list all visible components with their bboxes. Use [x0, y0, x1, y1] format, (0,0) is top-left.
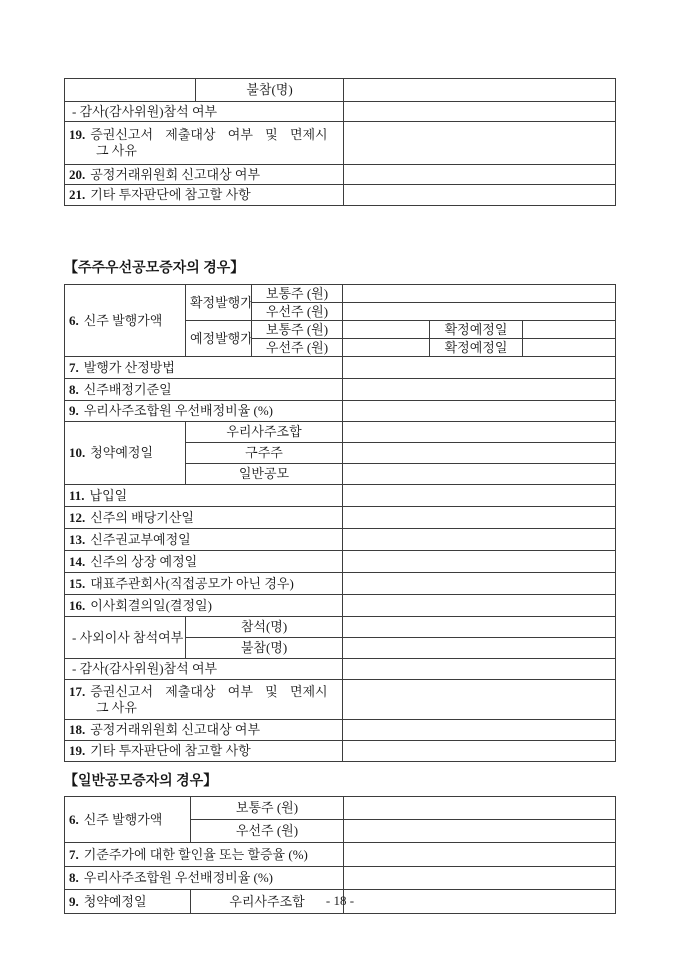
item-text: 청약예정일 — [90, 445, 153, 460]
value-cell — [343, 507, 616, 529]
item-number: 13. — [69, 532, 85, 547]
old-shareholder-label: 구주주 — [186, 443, 343, 464]
item19-label: 19.기타 투자판단에 참고할 사항 — [65, 741, 343, 762]
item13-label: 13.신주권교부예정일 — [65, 529, 343, 551]
table-row: 19.기타 투자판단에 참고할 사항 — [65, 741, 616, 762]
value-cell — [344, 102, 616, 122]
item-number: 15. — [69, 576, 85, 591]
item-text: 납입일 — [90, 488, 128, 503]
item-text: 발행가 산정방법 — [84, 360, 175, 375]
table-row: 21.기타 투자판단에 참고할 사항 — [65, 185, 616, 206]
item15-label: 15.대표주관회사(직접공모가 아닌 경우) — [65, 573, 343, 595]
item-text: 공정거래위원회 신고대상 여부 — [90, 722, 260, 737]
item-number: 16. — [69, 598, 85, 613]
item-text: 공정거래위원회 신고대상 여부 — [90, 167, 260, 182]
item6-label: 6.신주 발행가액 — [65, 797, 191, 843]
value-cell — [343, 285, 616, 303]
item7-label: 7.발행가 산정방법 — [65, 357, 343, 379]
item-text: 기타 투자판단에 참고할 사항 — [90, 187, 250, 202]
item-number: 6. — [69, 812, 79, 827]
item-text: 신주권교부예정일 — [90, 532, 190, 547]
table-row: - 감사(감사위원)참석 여부 — [65, 659, 616, 680]
table-board-resolution-fragment: 불참(명) - 감사(감사위원)참석 여부 19.증권신고서 제출대상 여부 및… — [64, 78, 616, 206]
table-row: 20.공정거래위원회 신고대상 여부 — [65, 165, 616, 185]
table-row: 16.이사회결의일(결정일) — [65, 595, 616, 617]
fixed-issue-price-label: 확정발행가 — [186, 285, 252, 321]
value-cell — [343, 464, 616, 485]
item20-label: 20.공정거래위원회 신고대상 여부 — [65, 165, 344, 185]
value-cell — [344, 79, 616, 102]
page-number: - 18 - — [0, 893, 680, 909]
absent-count-label: 불참(명) — [186, 638, 343, 659]
table-row: 18.공정거래위원회 신고대상 여부 — [65, 720, 616, 741]
auditor-attendance-label: - 감사(감사위원)참석 여부 — [65, 659, 343, 680]
item12-label: 12.신주의 배당기산일 — [65, 507, 343, 529]
value-cell — [344, 867, 616, 890]
value-cell — [343, 617, 616, 638]
table-row: 17.증권신고서 제출대상 여부 및 면제시 그 사유 — [65, 680, 616, 720]
item8-label: 8.우리사주조합원 우선배정비율 (%) — [65, 867, 344, 890]
empty-label-cell — [65, 79, 196, 102]
value-cell — [343, 321, 430, 339]
item16-label: 16.이사회결의일(결정일) — [65, 595, 343, 617]
preferred-stock-label: 우선주 (원) — [252, 303, 343, 321]
item-number: 9. — [69, 403, 79, 418]
item11-label: 11.납입일 — [65, 485, 343, 507]
value-cell — [343, 573, 616, 595]
preferred-stock-label: 우선주 (원) — [252, 339, 343, 357]
table-row: 불참(명) — [65, 79, 616, 102]
value-cell — [343, 379, 616, 401]
item19-label: 19.증권신고서 제출대상 여부 및 면제시 그 사유 — [65, 122, 344, 165]
value-cell — [343, 357, 616, 379]
table-row: 6.신주 발행가액 보통주 (원) — [65, 797, 616, 820]
table-row: 14.신주의 상장 예정일 — [65, 551, 616, 573]
item-number: 12. — [69, 510, 85, 525]
item-number: 11. — [69, 488, 85, 503]
item-text-line2: 그 사유 — [69, 143, 339, 159]
item-number: 10. — [69, 445, 85, 460]
planned-issue-price-label: 예정발행가 — [186, 321, 252, 357]
item9-label: 9.우리사주조합원 우선배정비율 (%) — [65, 401, 343, 422]
value-cell — [343, 422, 616, 443]
general-offer-label: 일반공모 — [186, 464, 343, 485]
value-cell — [343, 659, 616, 680]
item-number: 7. — [69, 847, 79, 862]
item-text: 신주 발행가액 — [84, 812, 163, 827]
item-text: 신주의 상장 예정일 — [90, 554, 197, 569]
value-cell — [343, 485, 616, 507]
value-cell — [344, 797, 616, 820]
table-row: - 사외이사 참석여부 참석(명) — [65, 617, 616, 638]
value-cell — [344, 165, 616, 185]
item-number: 14. — [69, 554, 85, 569]
item-text: 증권신고서 제출대상 여부 및 면제시 — [90, 684, 327, 699]
item18-label: 18.공정거래위원회 신고대상 여부 — [65, 720, 343, 741]
table-shareholder-preferred-offering: 6.신주 발행가액 확정발행가 보통주 (원) 우선주 (원) 예정발행가 보통… — [64, 284, 616, 762]
item-text: 이사회결의일(결정일) — [90, 598, 212, 613]
table-row: - 감사(감사위원)참석 여부 — [65, 102, 616, 122]
esop-label: 우리사주조합 — [186, 422, 343, 443]
item-number: 21. — [69, 187, 85, 202]
item-text: 증권신고서 제출대상 여부 및 면제시 — [90, 127, 327, 142]
item17-label: 17.증권신고서 제출대상 여부 및 면제시 그 사유 — [65, 680, 343, 720]
common-stock-label: 보통주 (원) — [252, 285, 343, 303]
table-row: 12.신주의 배당기산일 — [65, 507, 616, 529]
item-text: 대표주관회사(직접공모가 아닌 경우) — [90, 576, 294, 591]
item10-label: 10.청약예정일 — [65, 422, 186, 485]
item-text: 신주의 배당기산일 — [90, 510, 194, 525]
item-text-line2: 그 사유 — [69, 700, 338, 716]
table-row: 15.대표주관회사(직접공모가 아닌 경우) — [65, 573, 616, 595]
table-row: 13.신주권교부예정일 — [65, 529, 616, 551]
item14-label: 14.신주의 상장 예정일 — [65, 551, 343, 573]
common-stock-label: 보통주 (원) — [252, 321, 343, 339]
value-cell — [343, 339, 430, 357]
value-cell — [344, 122, 616, 165]
item8-label: 8.신주배정기준일 — [65, 379, 343, 401]
item-text: 우리사주조합원 우선배정비율 (%) — [84, 403, 273, 418]
item21-label: 21.기타 투자판단에 참고할 사항 — [65, 185, 344, 206]
attend-count-label: 참석(명) — [186, 617, 343, 638]
table-row: 10.청약예정일 우리사주조합 — [65, 422, 616, 443]
item-text: 신주 발행가액 — [84, 313, 163, 328]
item-number: 8. — [69, 382, 79, 397]
table-row: 7.기준주가에 대한 할인율 또는 할증율 (%) — [65, 843, 616, 867]
confirm-date-label: 확정예정일 — [430, 339, 523, 357]
table-row: 19.증권신고서 제출대상 여부 및 면제시 그 사유 — [65, 122, 616, 165]
table-row: 7.발행가 산정방법 — [65, 357, 616, 379]
item-number: 19. — [69, 743, 85, 758]
document-page: 불참(명) - 감사(감사위원)참석 여부 19.증권신고서 제출대상 여부 및… — [0, 0, 680, 962]
table-row: 8.우리사주조합원 우선배정비율 (%) — [65, 867, 616, 890]
item-number: 19. — [69, 127, 85, 142]
value-cell — [344, 820, 616, 843]
item-text: 기타 투자판단에 참고할 사항 — [90, 743, 250, 758]
value-cell — [343, 401, 616, 422]
value-cell — [343, 741, 616, 762]
confirm-date-label: 확정예정일 — [430, 321, 523, 339]
value-cell — [343, 443, 616, 464]
page-content: 불참(명) - 감사(감사위원)참석 여부 19.증권신고서 제출대상 여부 및… — [64, 78, 615, 914]
item-number: 20. — [69, 167, 85, 182]
item-text: 우리사주조합원 우선배정비율 (%) — [84, 870, 273, 885]
value-cell — [344, 843, 616, 867]
outside-director-attendance-label: - 사외이사 참석여부 — [65, 617, 186, 659]
item-text: 기준주가에 대한 할인율 또는 할증율 (%) — [84, 847, 308, 862]
value-cell — [343, 638, 616, 659]
preferred-stock-label: 우선주 (원) — [191, 820, 344, 843]
item7-label: 7.기준주가에 대한 할인율 또는 할증율 (%) — [65, 843, 344, 867]
table-row: 6.신주 발행가액 확정발행가 보통주 (원) — [65, 285, 616, 303]
value-cell — [343, 303, 616, 321]
table-row: 9.우리사주조합원 우선배정비율 (%) — [65, 401, 616, 422]
item-text: 신주배정기준일 — [84, 382, 172, 397]
item6-label: 6.신주 발행가액 — [65, 285, 186, 357]
value-cell — [343, 595, 616, 617]
table-row: 8.신주배정기준일 — [65, 379, 616, 401]
value-cell — [343, 551, 616, 573]
absent-count-label: 불참(명) — [196, 79, 344, 102]
value-cell — [523, 339, 616, 357]
item-number: 7. — [69, 360, 79, 375]
section-title-general-public-offering: 【일반공모증자의 경우】 — [64, 773, 615, 790]
section-title-shareholder-preferred-offering: 【주주우선공모증자의 경우】 — [64, 260, 615, 277]
auditor-attendance-label: - 감사(감사위원)참석 여부 — [65, 102, 344, 122]
value-cell — [343, 529, 616, 551]
item-number: 17. — [69, 684, 85, 699]
value-cell — [343, 720, 616, 741]
common-stock-label: 보통주 (원) — [191, 797, 344, 820]
value-cell — [344, 185, 616, 206]
item-number: 6. — [69, 313, 79, 328]
value-cell — [523, 321, 616, 339]
value-cell — [343, 680, 616, 720]
item-number: 8. — [69, 870, 79, 885]
table-row: 11.납입일 — [65, 485, 616, 507]
item-number: 18. — [69, 722, 85, 737]
